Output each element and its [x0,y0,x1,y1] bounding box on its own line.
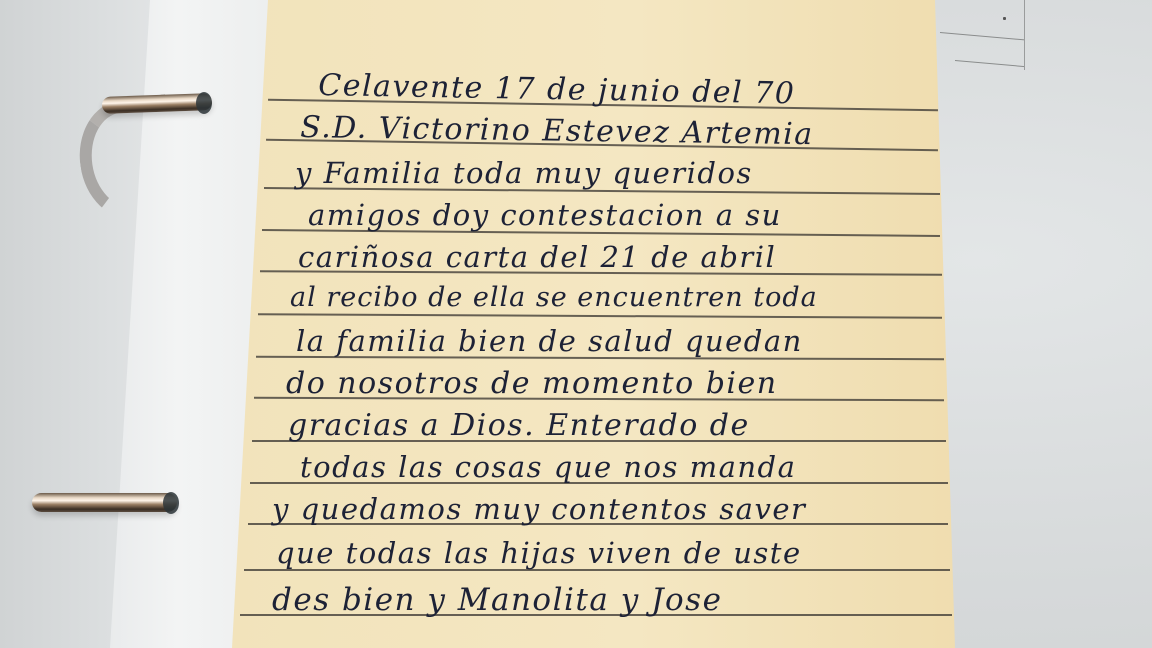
ruled-line [258,313,942,318]
sheet-rule-line [955,60,1025,67]
letter-line: y quedamos muy contentos saver [272,492,806,526]
letter-line-date: Celavente 17 de junio del 70 [318,68,796,111]
letter-line: todas las cosas que nos manda [300,450,796,484]
letter-line: gracias a Dios. Enterado de [288,408,750,443]
letter-line: des bien y Manolita y Jose [272,582,722,618]
ring-hole [196,92,212,114]
letter-line: que todas las hijas viven de uste [276,536,802,570]
letter-line: cariñosa carta del 21 de abril [298,240,776,274]
ring-hole [163,492,179,514]
letter-line: al recibo de ella se encuentren toda [290,282,818,313]
letter-line: la familia bien de salud quedan [296,324,803,358]
sheet-rule-line [940,32,1025,40]
binder-ring-bottom-icon [32,493,177,512]
letter-line: do nosotros de momento bien [286,366,778,401]
sheet-edge [1024,0,1025,70]
letter-line: amigos doy contestacion a su [308,198,782,232]
sheet-mark [1003,17,1006,20]
underlying-sheet-corner [930,0,1025,70]
letter-line: y Familia toda muy queridos [295,156,753,190]
letter-line-salutation: S.D. Victorino Estevez Artemia [300,110,814,152]
